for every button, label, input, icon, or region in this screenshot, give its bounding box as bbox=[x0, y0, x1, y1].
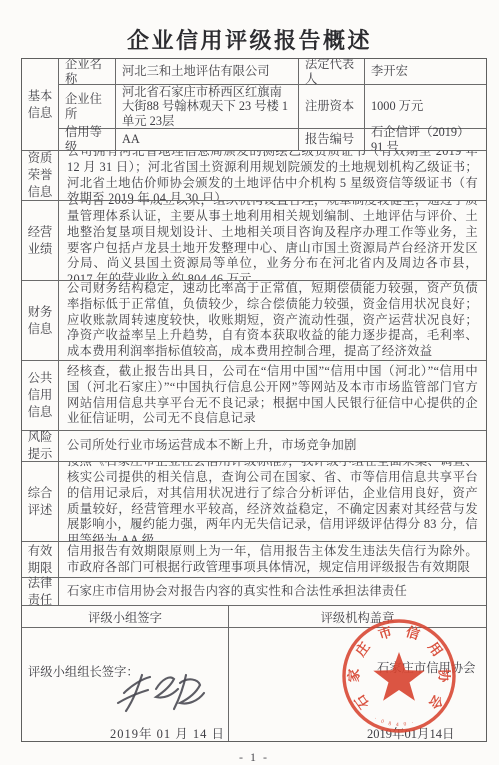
svg-text:用: 用 bbox=[425, 639, 445, 659]
section-text-risk-warning: 公司所处行业市场运营成本不断上升，市场竞争加剧 bbox=[67, 438, 357, 454]
section-financial-info: 财务信息 公司财务结构稳定，速动比率高于正常值，短期偿债能力较强，资产负债率指标… bbox=[22, 280, 486, 360]
section-validity-period: 有效期限 信用报告有效期限原则上为一年，信用报告主体发生违法失信行为除外。市政府… bbox=[22, 541, 486, 577]
field-value-legal-representative: 李开宏 bbox=[364, 59, 486, 84]
svg-text:石: 石 bbox=[352, 692, 372, 712]
section-label-qualifications: 资质荣誉信息 bbox=[22, 151, 58, 200]
field-value-registered-capital: 1000 万元 bbox=[364, 85, 486, 128]
section-label-public-credit-info: 公共信用信息 bbox=[22, 361, 58, 430]
field-label-credit-grade: 信用等级 bbox=[59, 129, 115, 150]
table-row: 企业住所 河北省石家庄市桥西区红旗南大街88 号翰林观天下 23 号楼 1 单元… bbox=[59, 84, 486, 128]
svg-text:会: 会 bbox=[426, 692, 447, 713]
section-label-legal-liability: 法律责任 bbox=[22, 578, 58, 605]
section-text-legal-liability: 石家庄市信用协会对报告内容的真实性和合法性承担法律责任 bbox=[67, 584, 407, 600]
stamp-ring bbox=[344, 621, 454, 731]
section-overall-review: 综合评述 按照《石家庄市企业社会信用评级标准》，我评级小组在全面采集、调查、核实… bbox=[22, 461, 486, 541]
section-text-qualifications: 公司拥有河北省地理信息局颁发的测绘乙级资质证书（有效期至 2019 年 12 月… bbox=[67, 151, 478, 200]
section-text-overall-review: 按照《石家庄市企业社会信用评级标准》，我评级小组在全面采集、调查、核实公司提供的… bbox=[67, 462, 478, 541]
section-legal-liability: 法律责任 石家庄市信用协会对报告内容的真实性和合法性承担法律责任 bbox=[22, 577, 486, 605]
section-text-financial-info: 公司财务结构稳定，速动比率高于正常值，短期偿债能力较强，资产负债率指标低于正常值… bbox=[67, 281, 478, 360]
svg-text:庄: 庄 bbox=[352, 638, 373, 659]
signoff-header-row: 评级小组签字 评级机构盖章 bbox=[22, 605, 486, 627]
report-page: 企业信用评级报告概述 基本信息 企业名称 河北三和土地评估有限公司 法定代表人 … bbox=[0, 0, 499, 765]
field-label-registered-capital: 注册资本 bbox=[298, 85, 364, 128]
leader-signature-handwriting bbox=[112, 666, 212, 716]
red-seal-stamp: 石家庄市信用协会 ·0480· bbox=[339, 616, 459, 736]
section-label-business-performance: 经营业绩 bbox=[22, 201, 58, 280]
field-label-company-address: 企业住所 bbox=[59, 85, 115, 128]
field-label-report-number: 报告编号 bbox=[298, 129, 364, 150]
field-value-company-address: 河北省石家庄市桥西区红旗南大街88 号翰林观天下 23 号楼 1 单元 23层 bbox=[115, 85, 298, 128]
section-business-performance: 经营业绩 公司自 2003 年成立以来，组织机构设置合理，规章制度较健全，通过了… bbox=[22, 200, 486, 280]
agency-name-text: 石家庄市信用协会 bbox=[377, 658, 475, 676]
team-signature-header: 评级小组签字 bbox=[22, 606, 228, 627]
field-value-credit-grade: AA bbox=[115, 129, 298, 150]
section-basic-info: 基本信息 企业名称 河北三和土地评估有限公司 法定代表人 李开宏 企业住所 河北… bbox=[22, 59, 486, 150]
agency-seal-cell: 石家庄市信用协会 2019年01月14日 石家庄市信用协会 ·0480· bbox=[228, 628, 486, 741]
page-title: 企业信用评级报告概述 bbox=[0, 24, 499, 55]
agency-seal-header: 评级机构盖章 bbox=[228, 606, 486, 627]
section-public-credit-info: 公共信用信息 经核查，截止报告出具日，公司在“信用中国”“信用中国（河北）”“信… bbox=[22, 360, 486, 430]
section-risk-warning: 风险提示 公司所处行业市场运营成本不断上升，市场竞争加剧 bbox=[22, 430, 486, 461]
field-value-company-name: 河北三和土地评估有限公司 bbox=[115, 59, 298, 84]
section-label-basic-info: 基本信息 bbox=[22, 59, 58, 150]
section-label-overall-review: 综合评述 bbox=[22, 462, 58, 541]
basic-info-grid: 企业名称 河北三和土地评估有限公司 法定代表人 李开宏 企业住所 河北省石家庄市… bbox=[58, 59, 486, 150]
team-signature-cell: 评级小组组长签字： 2019年 01 月 14 日 bbox=[22, 628, 228, 741]
table-row: 信用等级 AA 报告编号 石企信评（2019）91 号 bbox=[59, 128, 486, 150]
svg-text:家: 家 bbox=[345, 668, 361, 682]
section-label-financial-info: 财务信息 bbox=[22, 281, 58, 360]
section-label-validity-period: 有效期限 bbox=[22, 542, 58, 577]
report-table: 基本信息 企业名称 河北三和土地评估有限公司 法定代表人 李开宏 企业住所 河北… bbox=[21, 58, 487, 742]
field-value-report-number: 石企信评（2019）91 号 bbox=[364, 129, 486, 150]
section-label-risk-warning: 风险提示 bbox=[22, 431, 58, 461]
field-label-legal-representative: 法定代表人 bbox=[298, 59, 364, 84]
section-text-validity-period: 信用报告有效期限原则上为一年，信用报告主体发生违法失信行为除外。市政府各部门可根… bbox=[67, 544, 478, 576]
signoff-body-row: 评级小组组长签字： 2019年 01 月 14 日 石家庄市信用协会 2019年… bbox=[22, 627, 486, 741]
svg-text:·: · bbox=[373, 716, 378, 722]
section-text-public-credit-info: 经核查，截止报告出具日，公司在“信用中国”“信用中国（河北）”“信用中国（河北石… bbox=[67, 364, 478, 427]
team-signature-date: 2019年 01 月 14 日 bbox=[110, 724, 225, 742]
page-number: - 1 - bbox=[21, 750, 487, 765]
field-label-company-name: 企业名称 bbox=[59, 59, 115, 84]
section-text-business-performance: 公司自 2003 年成立以来，组织机构设置合理，规章制度较健全，通过了质量管理体… bbox=[67, 201, 478, 280]
agency-seal-date: 2019年01月14日 bbox=[367, 724, 455, 742]
section-qualifications: 资质荣誉信息 公司拥有河北省地理信息局颁发的测绘乙级资质证书（有效期至 2019… bbox=[22, 150, 486, 200]
table-row: 企业名称 河北三和土地评估有限公司 法定代表人 李开宏 bbox=[59, 59, 486, 84]
